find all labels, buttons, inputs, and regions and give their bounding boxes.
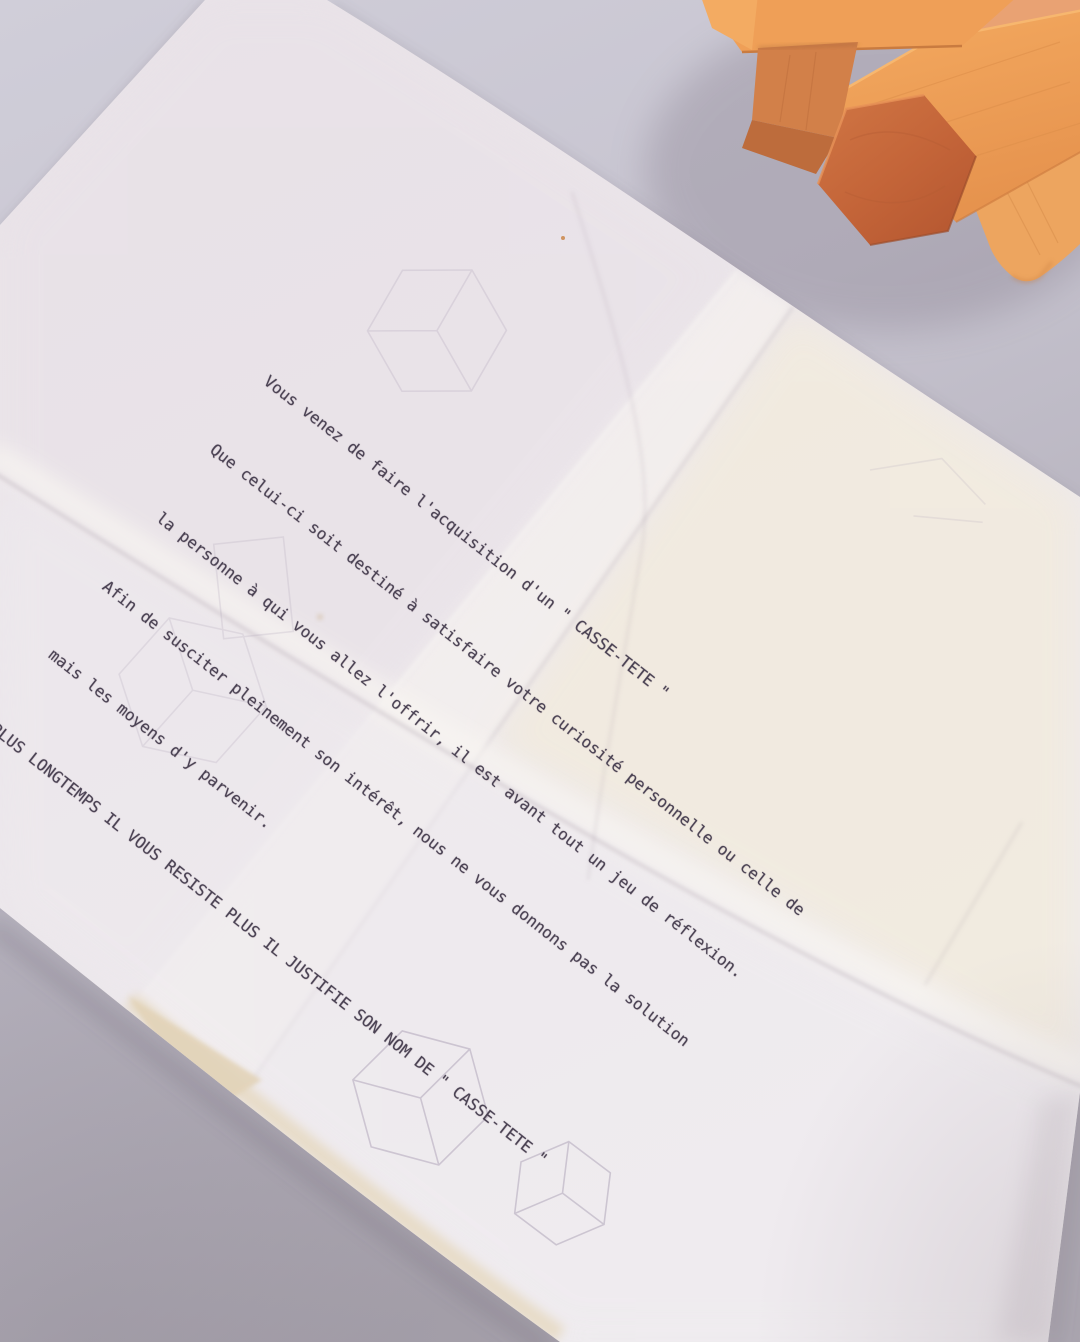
paper-speck xyxy=(561,236,565,240)
photo-scene: Vous venez de faire l'acquisition d'un "… xyxy=(0,0,1080,1342)
